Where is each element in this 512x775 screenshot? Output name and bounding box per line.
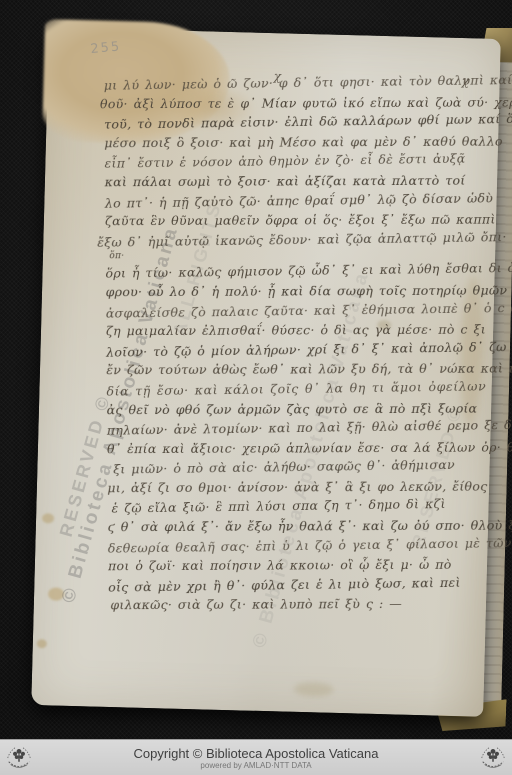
manuscript-line: πηλαίων· ἀνὲ λτομίων· καὶ πο λαὶ ξῇ· θλὼ… bbox=[107, 415, 509, 440]
manuscript-line: δία τῇ ἔσω· καὶ κάλοι ζοῖς θ᾽ λα θη τι ἅ… bbox=[106, 376, 508, 401]
footer-text: Copyright © Biblioteca Apostolica Vatica… bbox=[38, 744, 474, 771]
paper-spot bbox=[294, 682, 334, 697]
vatican-library-seal-icon bbox=[4, 743, 34, 773]
digitized-manuscript-screenshot: RESERVED © © Biblioteca Apostolica Vatic… bbox=[0, 0, 512, 775]
manuscript-line: φιλακῶς· σιὰ ζω ζι· καὶ λυπὸ πεῖ ξὺ ς : … bbox=[110, 594, 510, 615]
manuscript-line: μι λύ λων· μεὼ ὁ ῶ ζων· φ δ᾽ ὅτι φησι· κ… bbox=[104, 70, 506, 95]
photo-background: RESERVED © © Biblioteca Apostolica Vatic… bbox=[0, 0, 512, 739]
paper-spot bbox=[37, 639, 47, 648]
manuscript-line: ξι μιῶν· ὁ πὸ σὰ αἰϲ· ἀλήθω· σαφῶς θ᾽· ἀ… bbox=[113, 454, 509, 479]
viewer-footer-bar: Copyright © Biblioteca Apostolica Vatica… bbox=[0, 739, 512, 775]
manuscript-page: RESERVED © © Biblioteca Apostolica Vatic… bbox=[31, 27, 501, 717]
paper-spot bbox=[48, 587, 64, 600]
pencil-folio-number: 255 bbox=[90, 39, 122, 57]
powered-by-text: powered by AMLAD·NTT DATA bbox=[38, 762, 474, 771]
paper-spot bbox=[42, 513, 54, 523]
handwritten-text-block: μι λύ λων· μεὼ ὁ ῶ ζων· φ δ᾽ ὅτι φησι· κ… bbox=[104, 71, 511, 616]
copyright-text: Copyright © Biblioteca Apostolica Vatica… bbox=[38, 747, 474, 761]
manuscript-line: τοῦ, τὸ πονδὶ παρὰ εἰσιν· ἐλπὶ δῶ καλλάρ… bbox=[104, 109, 506, 134]
vatican-library-seal-icon bbox=[478, 743, 508, 773]
